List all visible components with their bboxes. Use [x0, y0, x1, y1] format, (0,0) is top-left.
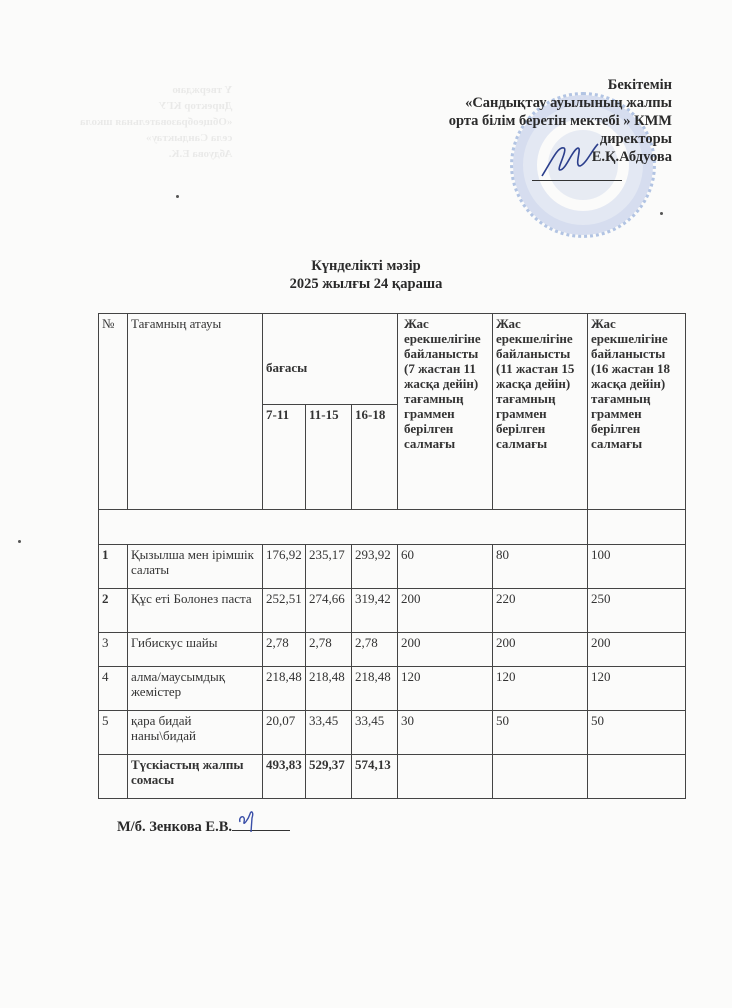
header-no: №	[99, 314, 128, 510]
total-11-15: 529,37	[306, 755, 352, 799]
scan-speck	[176, 195, 179, 198]
bleed-through-text: Y тверждаюДиректор КГУ«Общеобразовательн…	[80, 82, 232, 162]
title-menu: Күнделікті мәзір	[0, 257, 732, 275]
approval-name: Е.Қ.Абдуова	[449, 148, 672, 166]
header-weight-7-11: Жас ерекшелігіне байланысты (7 жастан 11…	[398, 314, 493, 510]
director-signature-line	[532, 180, 622, 181]
table-row: 4 алма/маусымдық жемістер 218,48 218,48 …	[99, 667, 686, 711]
table-row: 2 Құс еті Болонез паста 252,51 274,66 31…	[99, 589, 686, 633]
header-price: бағасы	[263, 314, 398, 405]
total-7-11: 493,83	[263, 755, 306, 799]
empty-row	[99, 510, 686, 545]
scan-speck	[18, 540, 21, 543]
responsible-signature: М/б. Зенкова Е.В.	[117, 818, 290, 836]
total-row: Түскіастың жалпы сомасы 493,83 529,37 57…	[99, 755, 686, 799]
header-row: № Тағамның атауы бағасы Жас ерекшелігіне…	[99, 314, 686, 405]
signature-line	[232, 818, 290, 831]
header-age-7-11: 7-11	[263, 405, 306, 510]
header-name: Тағамның атауы	[128, 314, 263, 510]
approval-school-line1: «Сандықтау ауылының жалпы	[449, 94, 672, 112]
approval-block: Бекітемін «Сандықтау ауылының жалпы орта…	[449, 76, 672, 166]
table-row: 1 Қызылша мен ірімшік салаты 176,92 235,…	[99, 545, 686, 589]
scan-speck	[660, 212, 663, 215]
total-label: Түскіастың жалпы сомасы	[128, 755, 263, 799]
header-weight-11-15: Жас ерекшелігіне байланысты (11 жастан 1…	[493, 314, 588, 510]
document-title: Күнделікті мәзір 2025 жылғы 24 қараша	[0, 257, 732, 293]
header-age-16-18: 16-18	[352, 405, 398, 510]
header-weight-16-18: Жас ерекшелігіне байланысты (16 жастан 1…	[588, 314, 686, 510]
total-16-18: 574,13	[352, 755, 398, 799]
responsible-name: М/б. Зенкова Е.В.	[117, 819, 232, 835]
menu-table: № Тағамның атауы бағасы Жас ерекшелігіне…	[98, 313, 686, 799]
table-row: 5 қара бидай наны\бидай 20,07 33,45 33,4…	[99, 711, 686, 755]
handwritten-signature	[236, 808, 260, 834]
title-date: 2025 жылғы 24 қараша	[0, 275, 732, 293]
table-row: 3 Гибискус шайы 2,78 2,78 2,78 200 200 2…	[99, 633, 686, 667]
approval-heading: Бекітемін	[449, 76, 672, 94]
approval-school-line2: орта білім беретін мектебі » КММ	[449, 112, 672, 130]
approval-position: директоры	[449, 130, 672, 148]
header-age-11-15: 11-15	[306, 405, 352, 510]
